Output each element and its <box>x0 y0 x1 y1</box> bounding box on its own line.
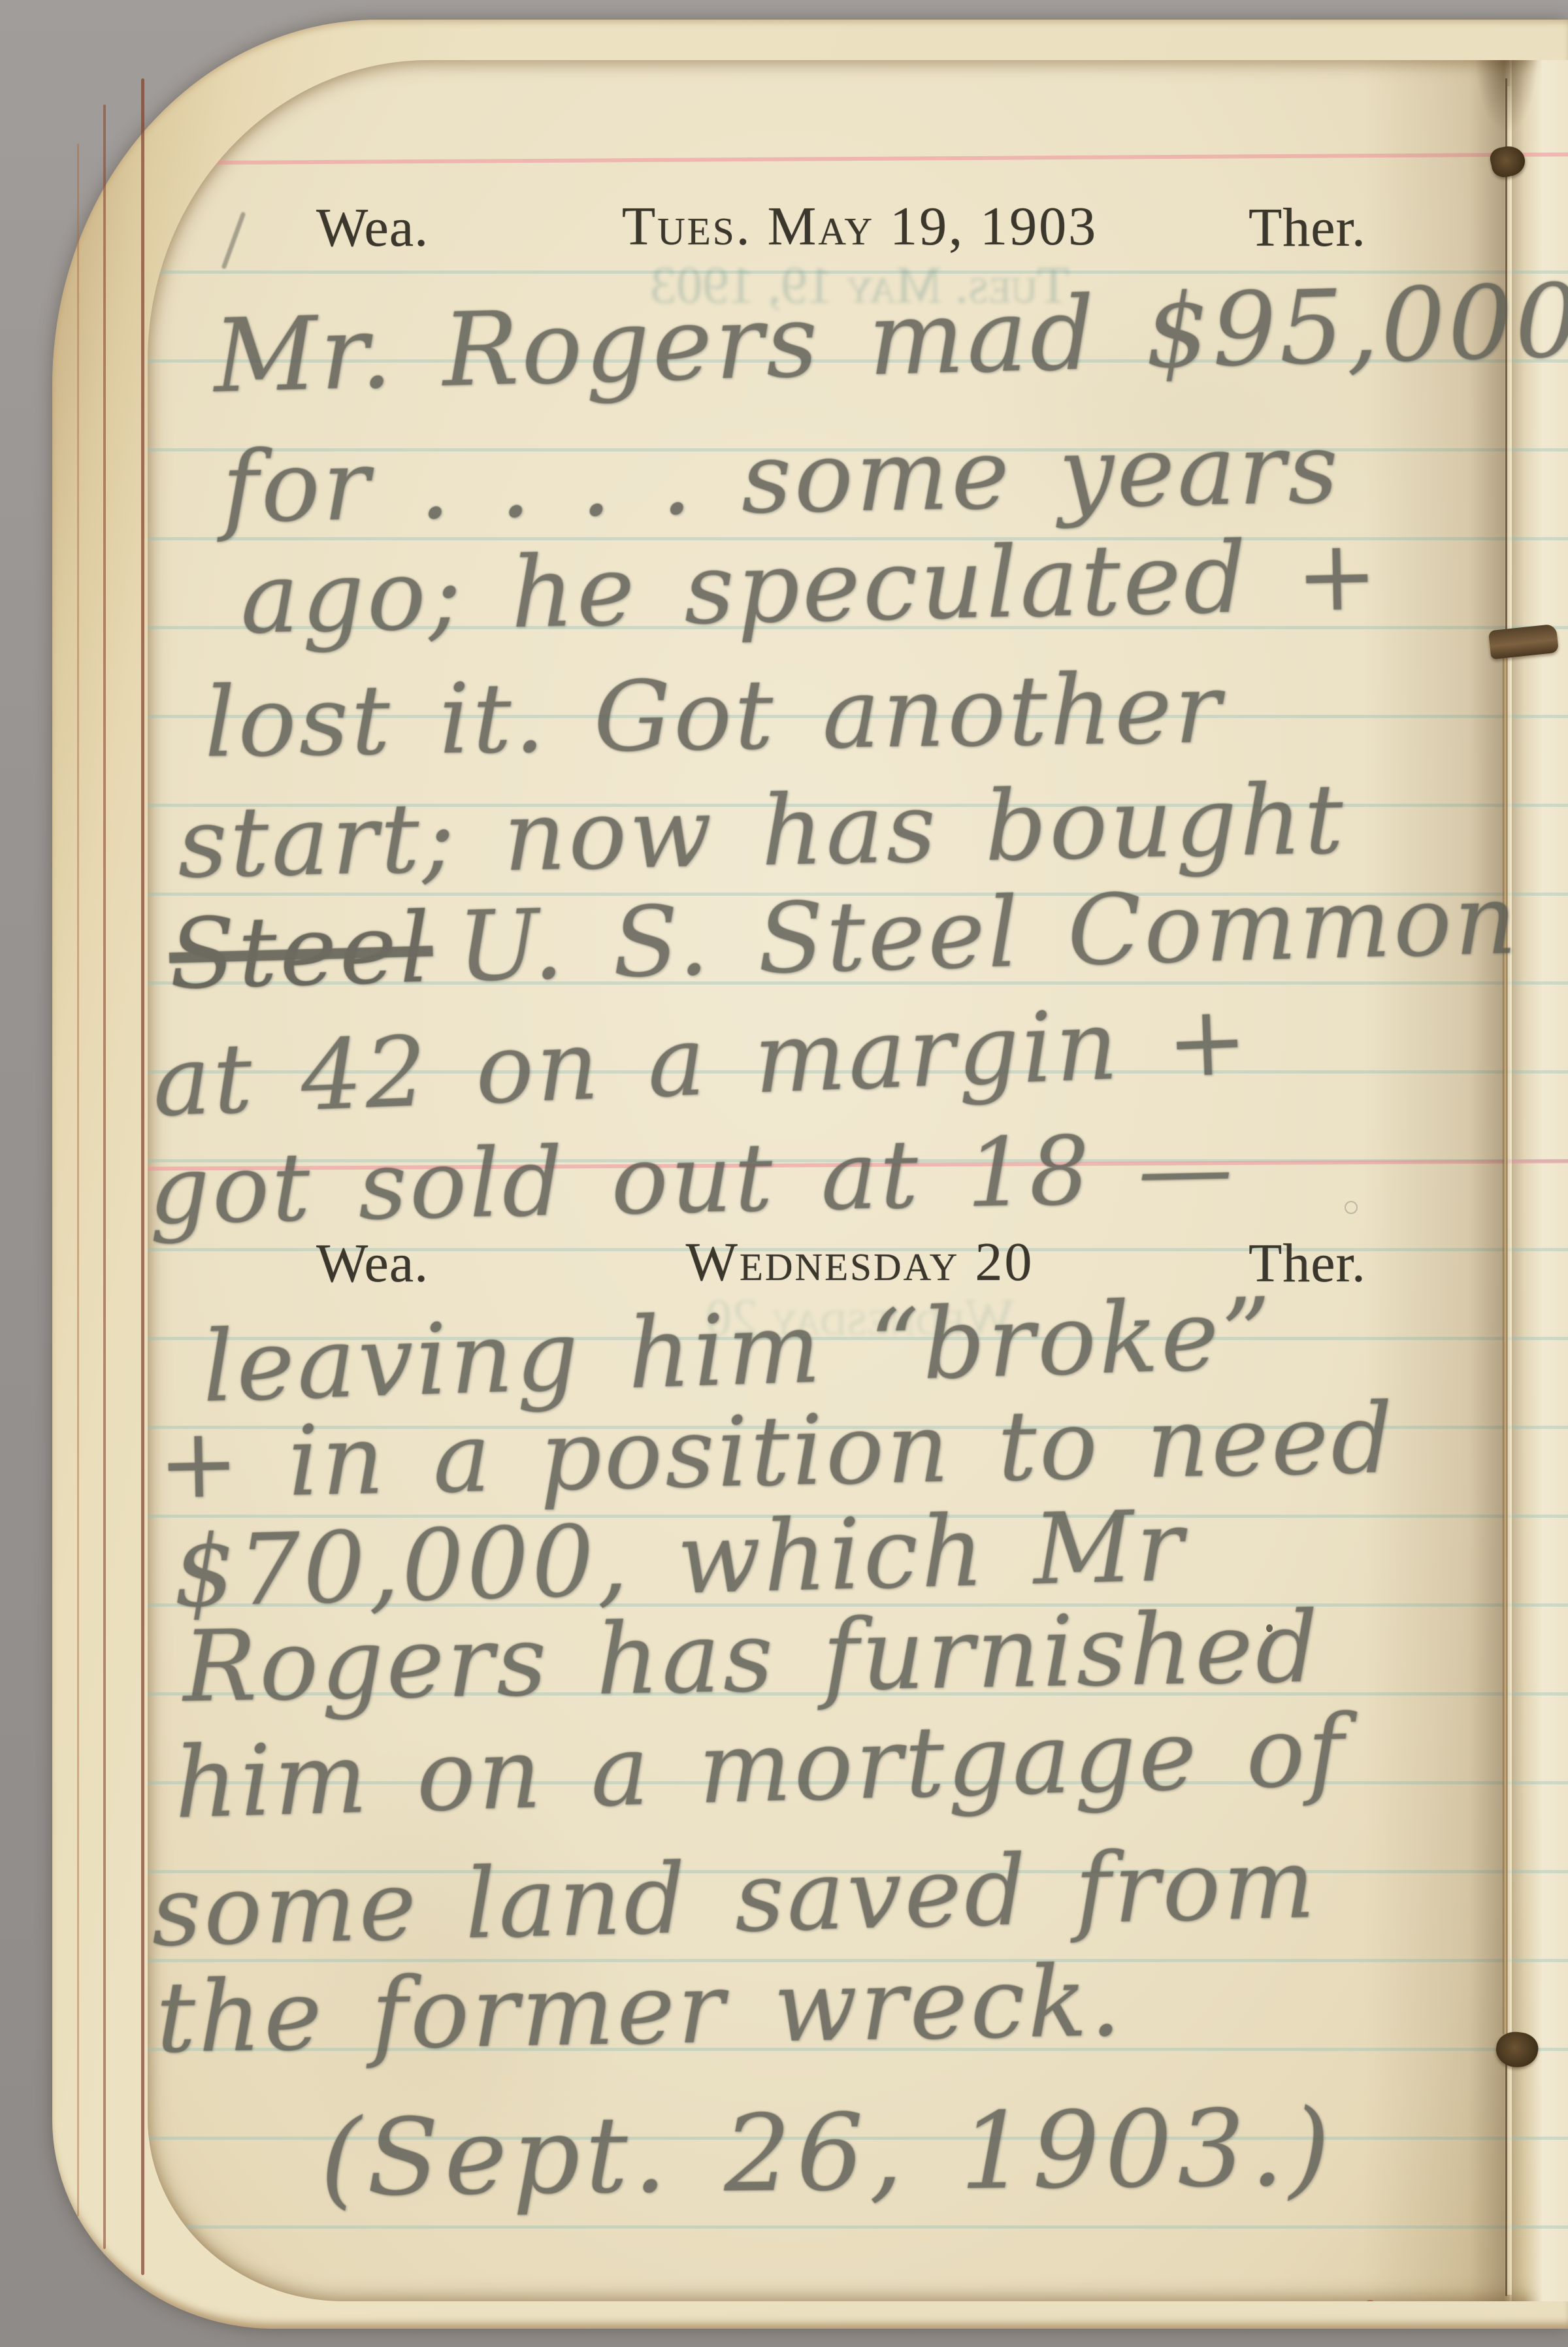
notebook-page: Wea. Tues. May 19, 1903 Ther. Tues. May … <box>148 60 1568 2301</box>
binding-thread <box>1503 651 1508 2035</box>
struck-word: Steel <box>168 891 434 1011</box>
gutter-shadow <box>1363 60 1510 2301</box>
page-edge-line <box>103 105 106 2249</box>
date-label: Tues. May 19, 1903 <box>500 195 1219 258</box>
page-edge-line <box>141 78 144 2275</box>
scanned-diary-photo: { "colors": { "background": "#989492", "… <box>0 0 1568 2347</box>
page-edge-line <box>77 144 79 2216</box>
handwriting-line: ago; he speculated + <box>239 518 1382 656</box>
handwriting-line: lost it. Got another <box>204 652 1224 779</box>
weather-label: Wea. <box>316 1232 429 1295</box>
pencil-slash-mark <box>221 212 246 270</box>
thermometer-label: Ther. <box>1249 196 1366 259</box>
handwriting-line: (Sept. 26, 1903.) <box>319 2087 1336 2220</box>
weather-label: Wea. <box>316 196 429 259</box>
handwriting-line: got sold out at 18 — <box>148 1113 1236 1246</box>
pink-rule-top <box>148 152 1568 165</box>
pencil-speck <box>1345 1201 1358 1214</box>
handwriting-line: the former wreck. <box>155 1945 1124 2075</box>
binding-crease-top-shadow <box>1473 60 1541 140</box>
binding-crease-highlight <box>1507 86 1512 2295</box>
